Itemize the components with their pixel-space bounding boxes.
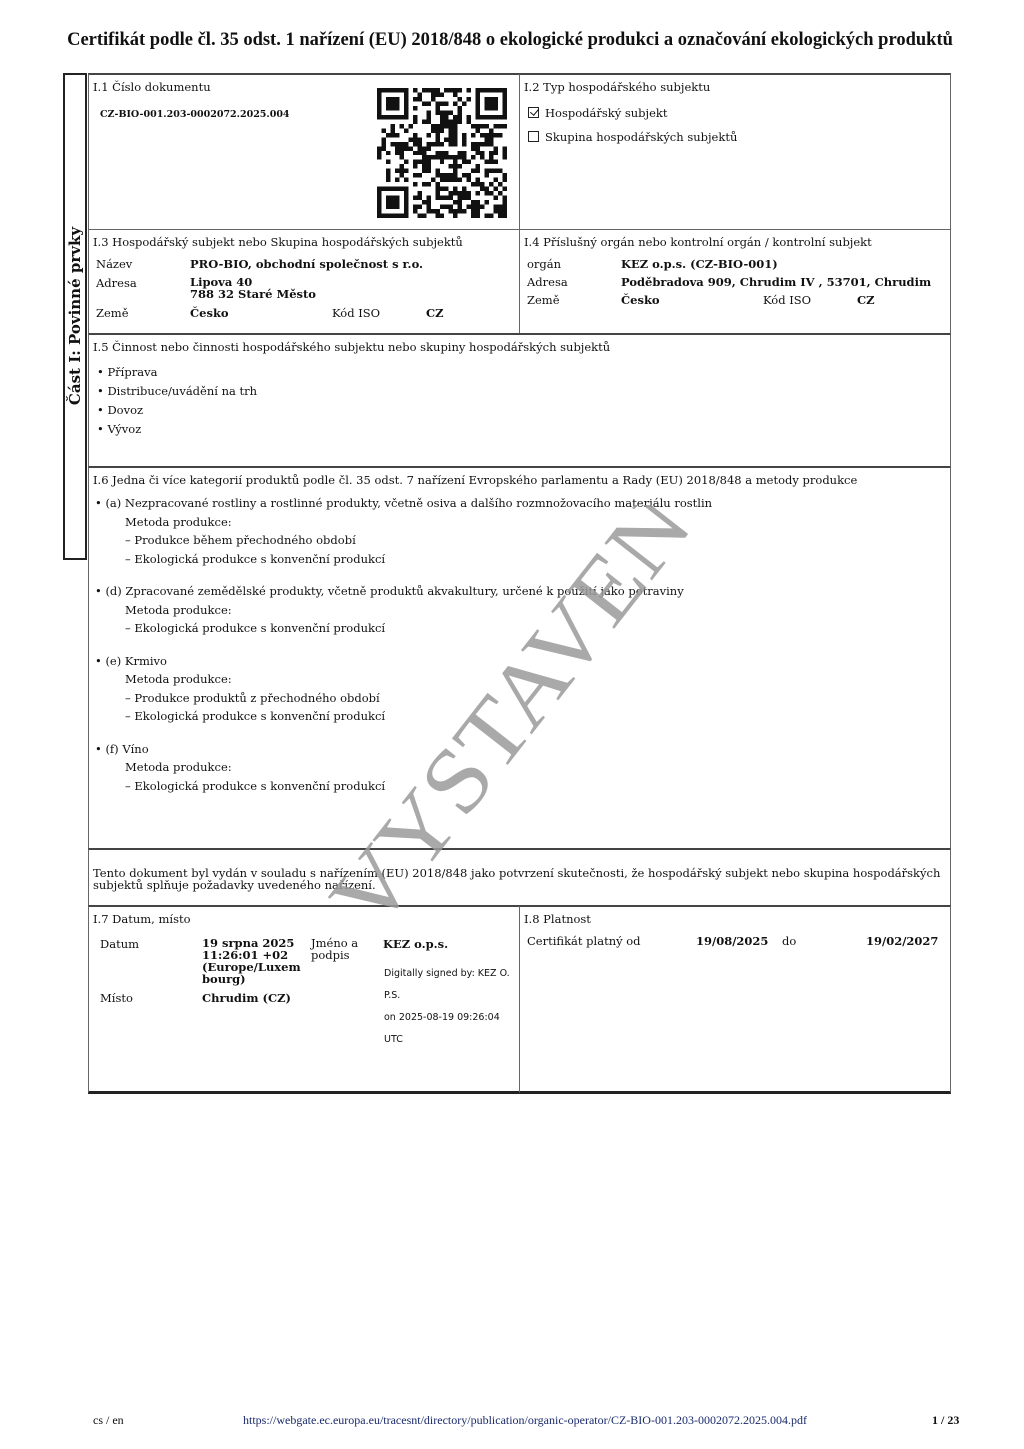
body-label: orgán	[527, 257, 561, 271]
method-item: – Produkce produktů z přechodného období	[95, 689, 712, 708]
option-group[interactable]: Skupina hospodářských subjektů	[528, 130, 737, 144]
category-label: • (d) Zpracované zemědělské produkty, vč…	[95, 582, 712, 601]
iso-label: Kód ISO	[332, 306, 380, 320]
section-activities: I.5 Činnost nebo činnosti hospodářského …	[88, 333, 951, 467]
signature-line: UTC	[384, 1029, 510, 1051]
category-item: • (a) Nezpracované rostliny a rostlinné …	[95, 494, 712, 568]
method-label: Metoda produkce:	[95, 601, 712, 620]
activity-item: • Distribuce/uvádění na trh	[97, 382, 257, 401]
body-value: KEZ o.p.s. (CZ-BIO-001)	[621, 257, 778, 271]
footer-page-number: 1 / 23	[932, 1413, 959, 1428]
activity-item: • Dovoz	[97, 401, 257, 420]
method-item: – Ekologická produkce s konvenční produk…	[95, 707, 712, 726]
name-value: PRO-BIO, obchodní společnost s r.o.	[190, 257, 423, 271]
qr-code-icon	[377, 88, 507, 218]
option-label: Hospodářský subjekt	[545, 106, 668, 120]
signature-label: Jméno a podpis	[311, 937, 358, 961]
valid-from-label: Certifikát platný od	[527, 934, 641, 948]
category-label: • (a) Nezpracované rostliny a rostlinné …	[95, 494, 712, 513]
section-header: I.3 Hospodářský subjekt nebo Skupina hos…	[93, 235, 463, 249]
date-value: 19 srpna 2025 11:26:01 +02 (Europe/Luxem…	[202, 937, 301, 985]
section-header: I.2 Typ hospodářského subjektu	[524, 80, 710, 94]
signer-name: KEZ o.p.s.	[383, 937, 448, 951]
categories-list: • (a) Nezpracované rostliny a rostlinné …	[95, 494, 712, 809]
category-item: • (e) KrmivoMetoda produkce:– Produkce p…	[95, 652, 712, 726]
address-label: Adresa	[96, 276, 137, 290]
method-item: – Ekologická produkce s konvenční produk…	[95, 550, 712, 569]
valid-to-value: 19/02/2027	[866, 934, 938, 948]
method-label: Metoda produkce:	[95, 513, 712, 532]
iso-value: CZ	[857, 293, 875, 307]
section-header: I.8 Platnost	[524, 912, 591, 926]
category-item: • (f) VínoMetoda produkce:– Ekologická p…	[95, 740, 712, 796]
side-label: Část I: Povinné prvky	[66, 227, 84, 405]
checkbox-checked-icon[interactable]	[528, 107, 539, 118]
document-number: CZ-BIO-001.203-0002072.2025.004	[100, 109, 290, 120]
category-item: • (d) Zpracované zemědělské produkty, vč…	[95, 582, 712, 638]
section-validity: I.8 Platnost Certifikát platný od 19/08/…	[519, 905, 951, 1094]
address-line: 788 32 Staré Město	[190, 288, 316, 300]
method-label: Metoda produkce:	[95, 758, 712, 777]
section-header: I.5 Činnost nebo činnosti hospodářského …	[93, 340, 610, 354]
signature-line: P.S.	[384, 985, 510, 1007]
country-label: Země	[527, 293, 560, 307]
signature-label-line: podpis	[311, 949, 358, 961]
signature-line: Digitally signed by: KEZ O.	[384, 963, 510, 985]
section-date-place: I.7 Datum, místo Datum 19 srpna 2025 11:…	[88, 905, 520, 1094]
country-value: Česko	[190, 306, 229, 320]
section-header: I.7 Datum, místo	[93, 912, 191, 926]
valid-to-label: do	[782, 934, 796, 948]
statement-box: Tento dokument byl vydán v souladu s nař…	[88, 848, 951, 906]
activities-list: • Příprava• Distribuce/uvádění na trh• D…	[97, 363, 257, 439]
footer-language: cs / en	[93, 1413, 124, 1428]
digital-signature: Digitally signed by: KEZ O.P.S.on 2025-0…	[384, 963, 510, 1051]
activity-item: • Příprava	[97, 363, 257, 382]
document-title: Certifikát podle čl. 35 odst. 1 nařízení…	[60, 31, 960, 49]
section-product-categories: I.6 Jedna či více kategorií produktů pod…	[88, 466, 951, 849]
iso-label: Kód ISO	[763, 293, 811, 307]
section-header: I.6 Jedna či více kategorií produktů pod…	[93, 473, 857, 487]
method-item: – Ekologická produkce s konvenční produk…	[95, 619, 712, 638]
address-value: Poděbradova 909, Chrudim IV , 53701, Chr…	[621, 275, 931, 289]
section-header: I.1 Číslo dokumentu	[93, 80, 211, 94]
category-label: • (e) Krmivo	[95, 652, 712, 671]
section-operator-type: I.2 Typ hospodářského subjektu Hospodářs…	[519, 73, 951, 230]
category-label: • (f) Víno	[95, 740, 712, 759]
statement-text: Tento dokument byl vydán v souladu s nař…	[93, 867, 943, 891]
country-label: Země	[96, 306, 129, 320]
date-label: Datum	[100, 937, 139, 951]
iso-value: CZ	[426, 306, 444, 320]
place-value: Chrudim (CZ)	[202, 991, 291, 1005]
section-document-number: I.1 Číslo dokumentu CZ-BIO-001.203-00020…	[88, 73, 520, 230]
method-item: – Produkce během přechodného období	[95, 531, 712, 550]
valid-from-value: 19/08/2025	[696, 934, 768, 948]
method-item: – Ekologická produkce s konvenční produk…	[95, 777, 712, 796]
section-header: I.4 Příslušný orgán nebo kontrolní orgán…	[524, 235, 872, 249]
name-label: Název	[96, 257, 132, 271]
option-label: Skupina hospodářských subjektů	[545, 130, 737, 144]
signature-line: on 2025-08-19 09:26:04	[384, 1007, 510, 1029]
country-value: Česko	[621, 293, 660, 307]
method-label: Metoda produkce:	[95, 670, 712, 689]
date-line: bourg)	[202, 973, 301, 985]
checkbox-unchecked-icon[interactable]	[528, 131, 539, 142]
address-label: Adresa	[527, 275, 568, 289]
section-control-body: I.4 Příslušný orgán nebo kontrolní orgán…	[519, 229, 951, 334]
address-value: Lipova 40 788 32 Staré Město	[190, 276, 316, 300]
option-operator[interactable]: Hospodářský subjekt	[528, 106, 668, 120]
place-label: Místo	[100, 991, 133, 1005]
section-operator: I.3 Hospodářský subjekt nebo Skupina hos…	[88, 229, 520, 334]
activity-item: • Vývoz	[97, 420, 257, 439]
footer-url-link[interactable]: https://webgate.ec.europa.eu/tracesnt/di…	[243, 1413, 807, 1428]
